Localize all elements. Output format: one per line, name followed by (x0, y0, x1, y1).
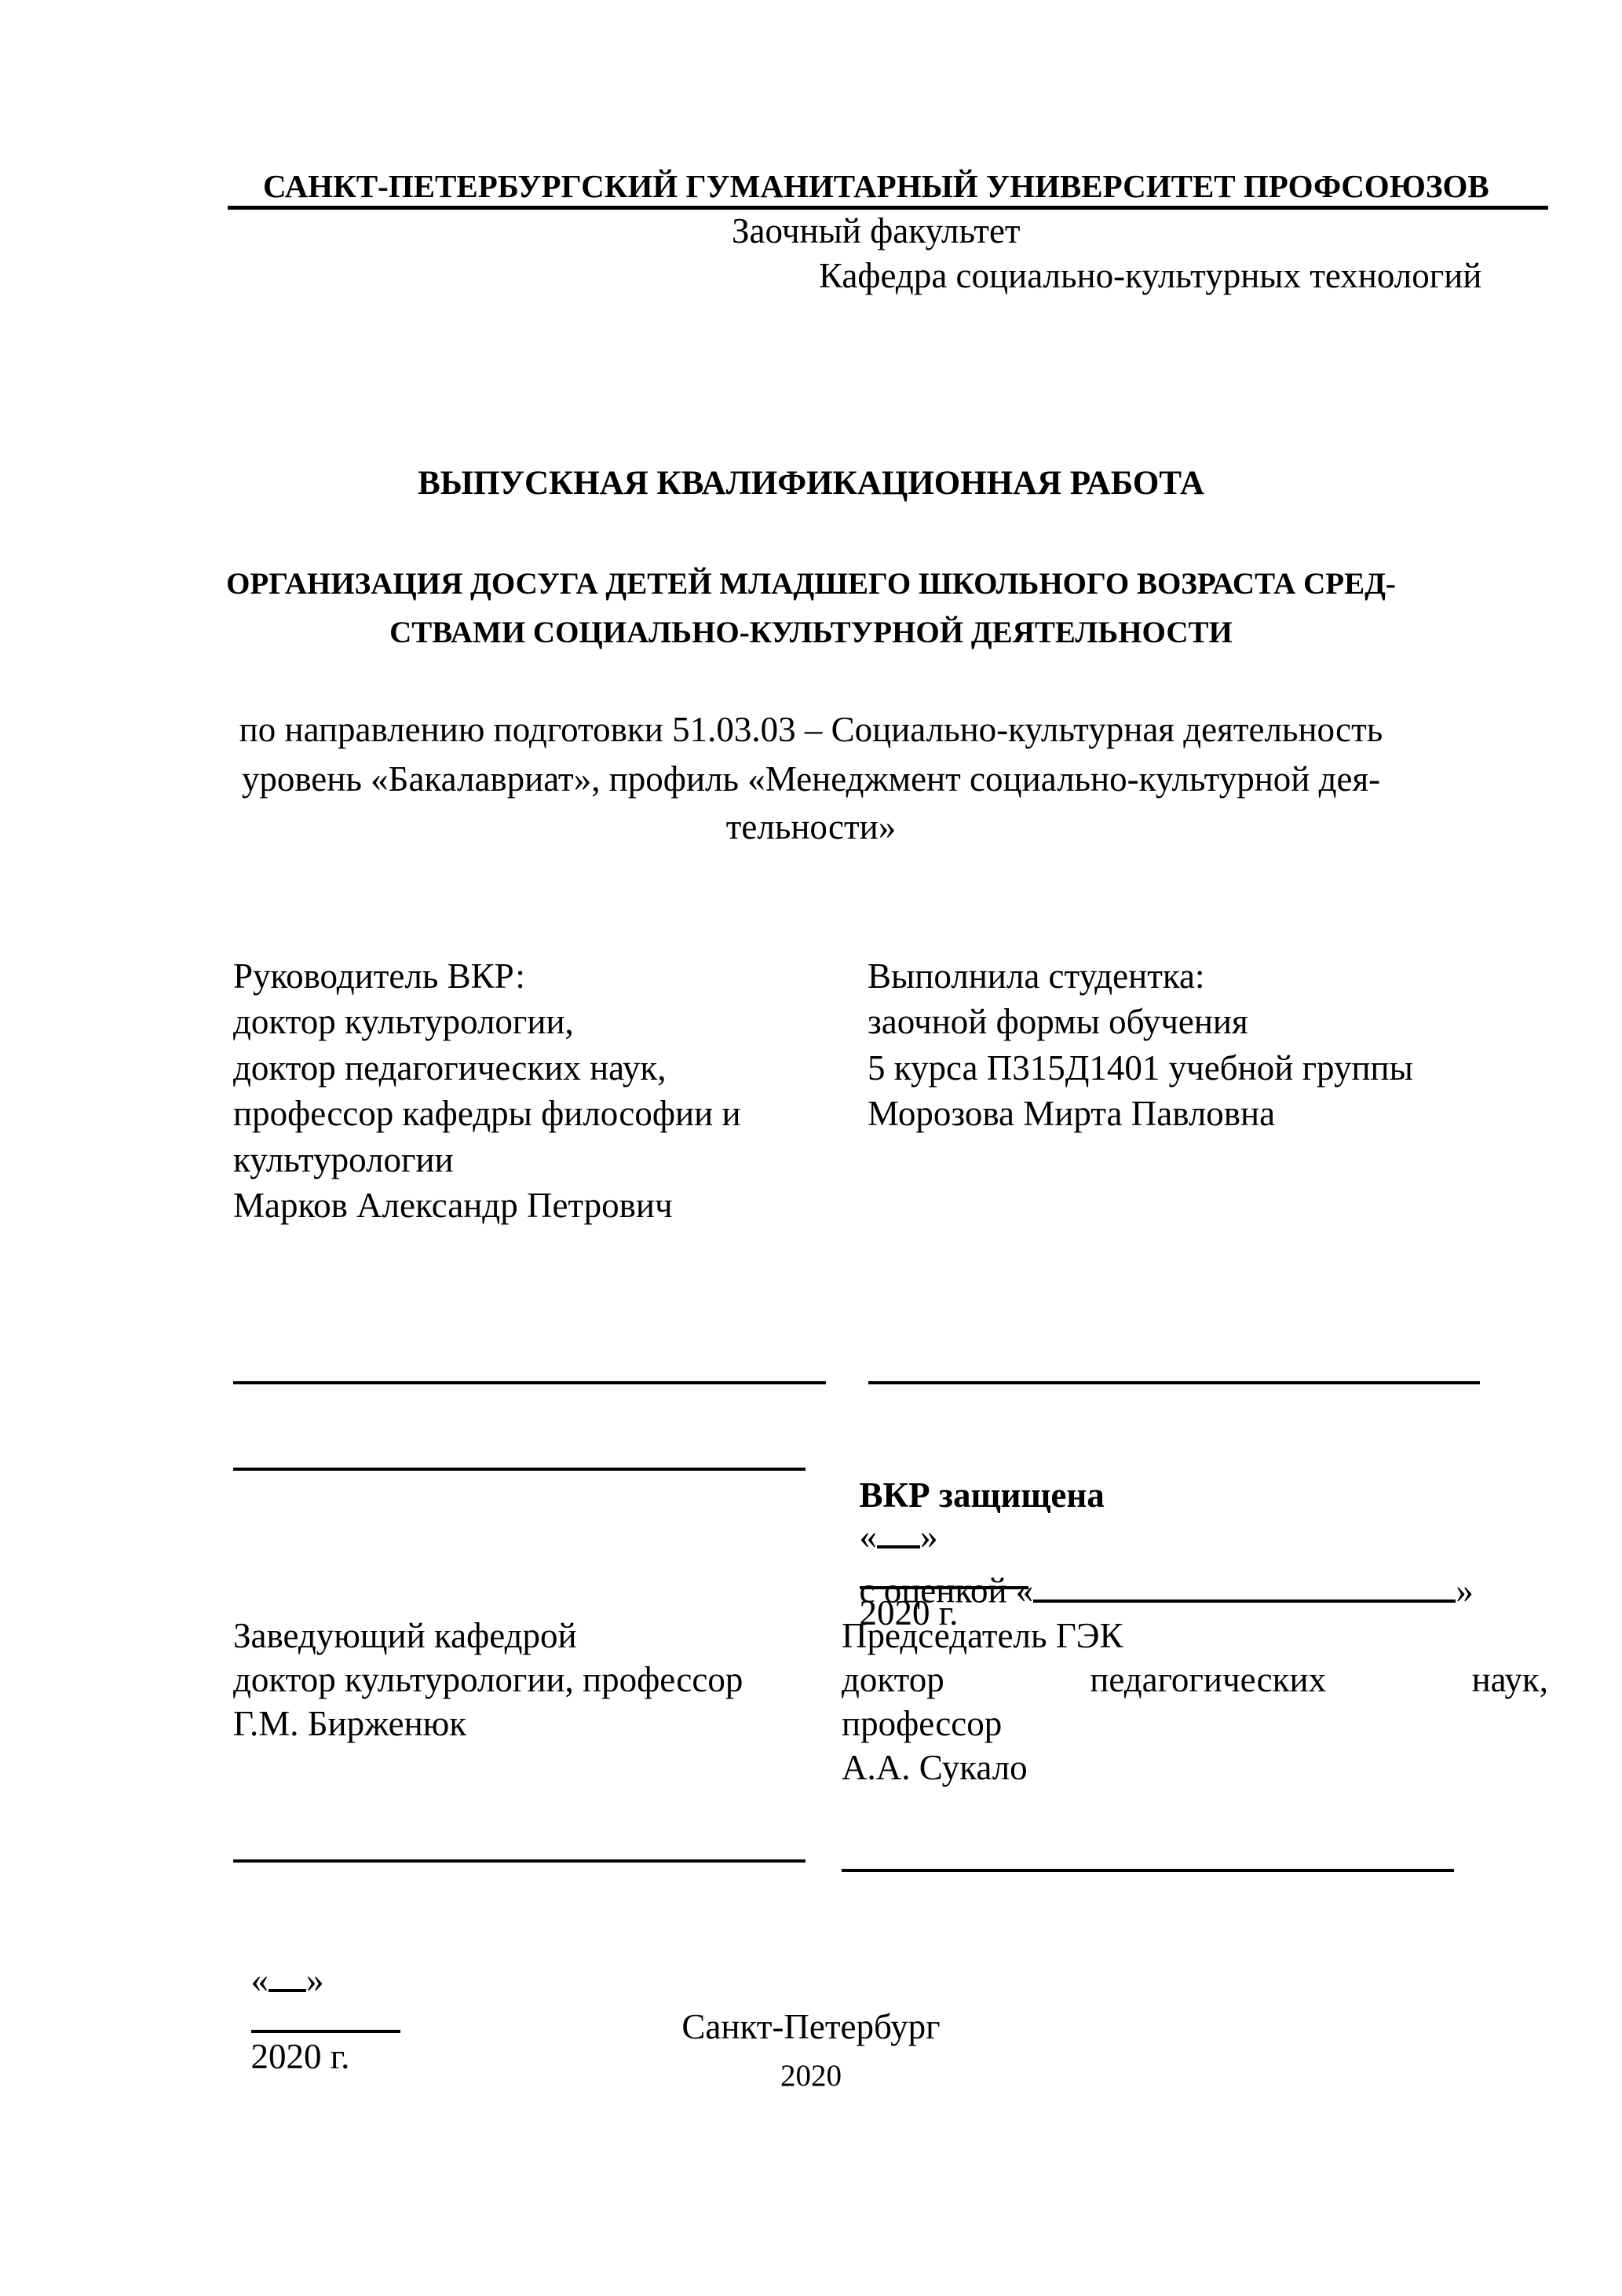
chair-line: профессор (842, 1706, 1002, 1742)
faculty-name: Заочный факультет (732, 214, 1021, 249)
direction-line-3: тельности» (0, 810, 1622, 845)
head-line: доктор культурологии, профессор (233, 1662, 743, 1698)
date-line: «» 2020 г. (233, 1921, 400, 2075)
date-day-open: « (251, 1961, 269, 2000)
supervisor-name: Марков Александр Петрович (233, 1188, 673, 1223)
supervisor-date-line[interactable] (233, 1468, 806, 1471)
defense-label: ВКР защищена (860, 1475, 1105, 1515)
department-name: Кафедра социально-культурных технологий (819, 258, 1481, 294)
header-rule (228, 206, 1548, 210)
supervisor-line: профессор кафедры философии и (233, 1096, 741, 1132)
chair-line: Председатель ГЭК (842, 1618, 1123, 1654)
head-name: Г.М. Бирженюк (233, 1706, 466, 1742)
supervisor-line: Руководитель ВКР: (233, 959, 525, 994)
university-name: САНКТ-ПЕТЕРБУРГСКИЙ ГУМАНИТАРНЫЙ УНИВЕРС… (263, 170, 1489, 203)
grade-close: » (1456, 1571, 1474, 1610)
head-line: Заведующий кафедрой (233, 1618, 577, 1654)
supervisor-line: доктор культурологии, (233, 1004, 574, 1040)
date-day-close: » (306, 1961, 324, 2000)
student-line: Выполнила студентка: (868, 959, 1205, 994)
student-name: Морозова Мирта Павловна (868, 1096, 1275, 1132)
supervisor-line: культурологии (233, 1143, 454, 1178)
student-signature-line[interactable] (868, 1381, 1480, 1384)
grade-label: с оценкой « (860, 1571, 1034, 1610)
footer-city: Санкт-Петербург (0, 2009, 1622, 2045)
direction-line-1: по направлению подготовки 51.03.03 – Соц… (0, 712, 1622, 748)
supervisor-signature-line[interactable] (233, 1381, 826, 1384)
supervisor-line: доктор педагогических наук, (233, 1051, 666, 1086)
date-day-field[interactable] (269, 1957, 306, 1992)
chair-name: А.А. Сукало (842, 1750, 1028, 1786)
footer-year: 2020 (0, 2060, 1622, 2091)
topic-line-1: ОРГАНИЗАЦИЯ ДОСУГА ДЕТЕЙ МЛАДШЕГО ШКОЛЬН… (0, 569, 1622, 599)
student-line: заочной формы обучения (868, 1004, 1248, 1040)
chair-signature-line[interactable] (842, 1869, 1454, 1872)
topic-line-2: СТВАМИ СОЦИАЛЬНО-КУЛЬТУРНОЙ ДЕЯТЕЛЬНОСТИ (0, 617, 1622, 648)
head-signature-line[interactable] (233, 1859, 806, 1863)
student-line: 5 курса П315Д1401 учебной группы (868, 1051, 1413, 1086)
direction-line-2: уровень «Бакалавриат», профиль «Менеджме… (0, 762, 1622, 797)
work-type-title: ВЫПУСКНАЯ КВАЛИФИКАЦИОННАЯ РАБОТА (0, 466, 1622, 500)
grade-field[interactable] (1033, 1567, 1456, 1603)
grade-line: с оценкой «» (842, 1532, 1474, 1609)
chair-line-justified: доктор педагогических наук, (842, 1662, 1548, 1698)
